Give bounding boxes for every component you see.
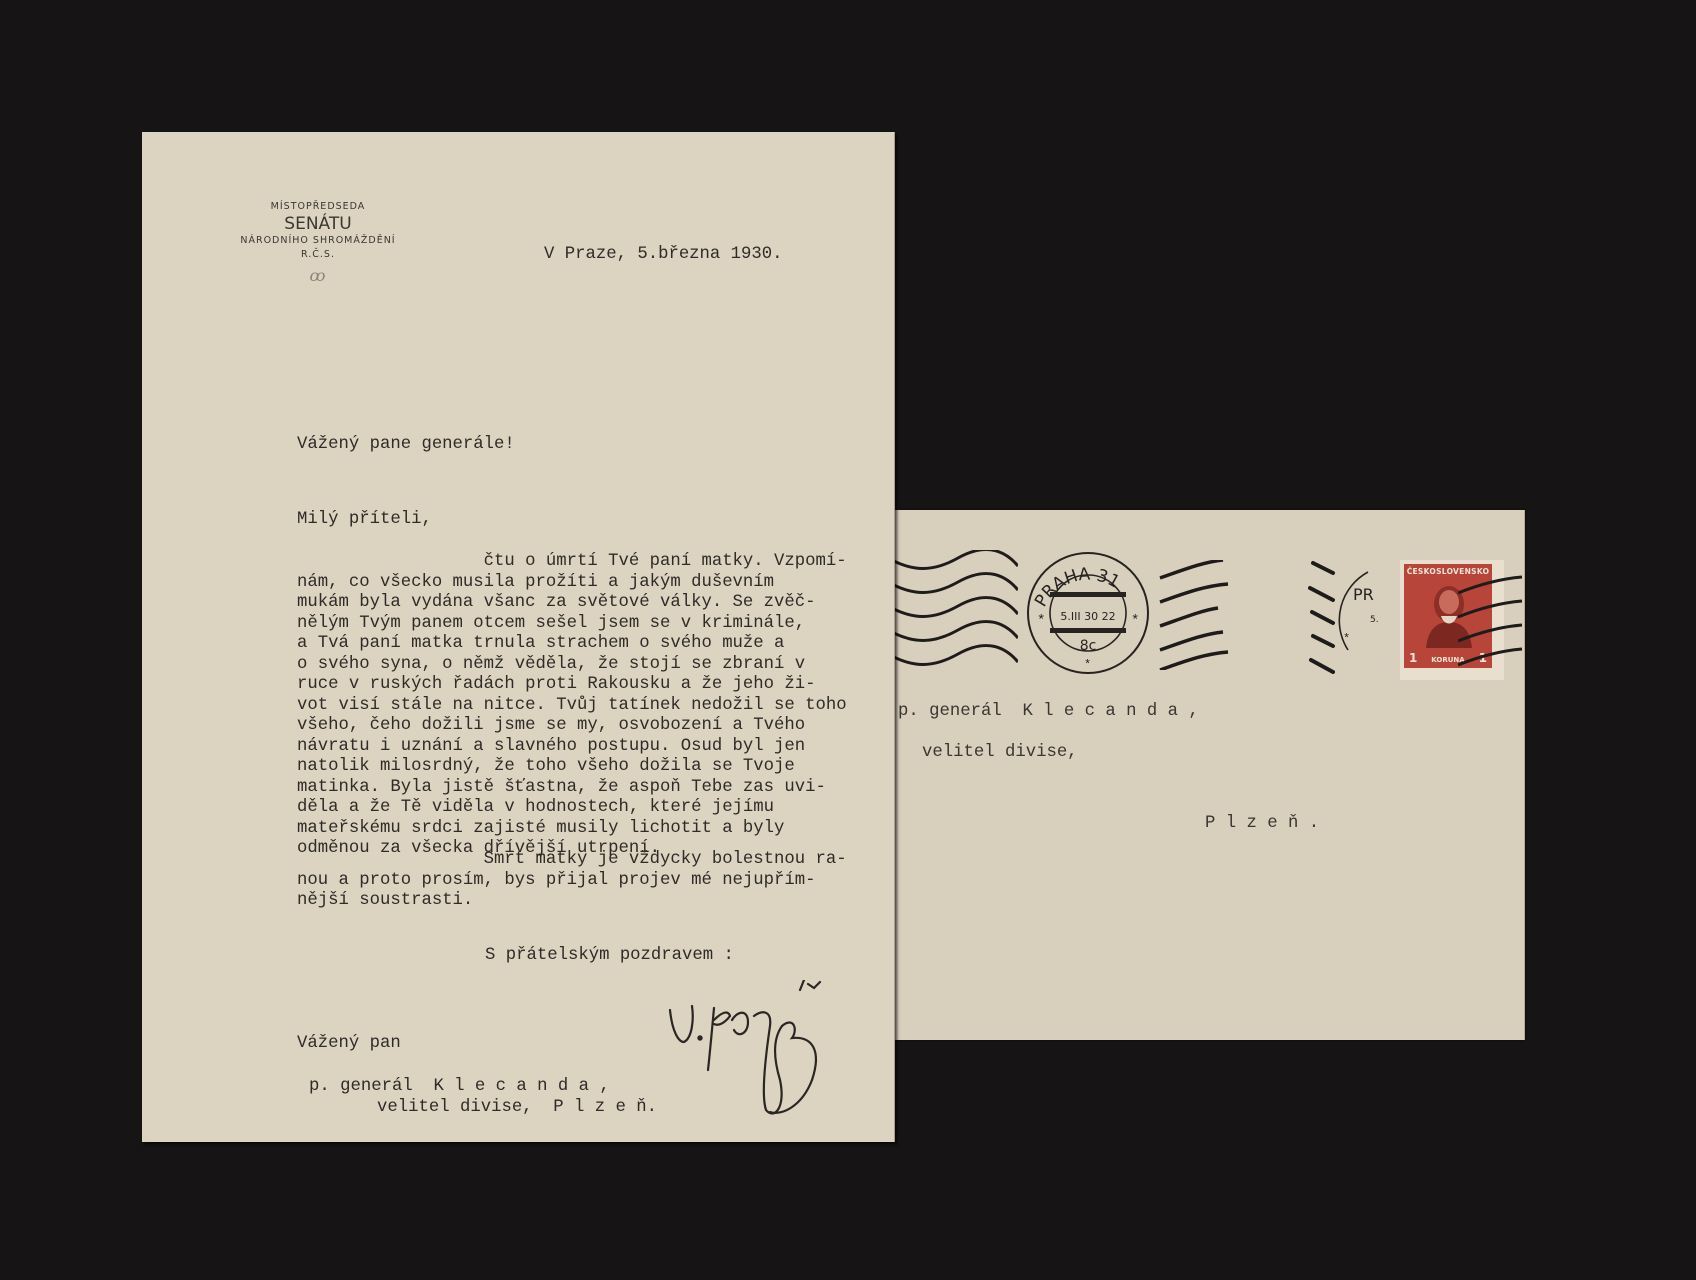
- letter-address-line-3: velitel divise, P l z e ň.: [377, 1098, 657, 1119]
- letter-body-paragraph-2: Smrt matky je vždycky bolestnou ra- nou …: [297, 850, 847, 912]
- envelope: PRAHA 31 5.III 30 22 8c * * * PR 5. *: [888, 510, 1525, 1040]
- letter-salutation: Vážený pane generále!: [297, 435, 515, 456]
- monogram-icon: ꝏ: [208, 266, 428, 285]
- letterhead-assembly: NÁRODNÍHO SHROMÁŽDĚNÍ: [208, 234, 428, 248]
- svg-text:5.: 5.: [1370, 615, 1379, 625]
- letter-body-paragraph-1: čtu o úmrtí Tvé paní matky. Vzpomí- nám,…: [297, 552, 847, 860]
- letter-address-line-2: p. generál K l e c a n d a ,: [309, 1077, 610, 1098]
- letter-sheet: MÍSTOPŘEDSEDA SENÁTU NÁRODNÍHO SHROMÁŽDĚ…: [142, 132, 895, 1142]
- letterhead-country: R.Č.S.: [208, 248, 428, 262]
- letterhead-title: MÍSTOPŘEDSEDA: [208, 200, 428, 214]
- envelope-address-line-1: p. generál K l e c a n d a ,: [898, 702, 1199, 722]
- wavy-cancellation-icon: [888, 550, 1018, 670]
- letterhead-senate: SENÁTU: [208, 214, 428, 234]
- envelope-address-line-2: velitel divise,: [922, 743, 1078, 763]
- svg-text:8c: 8c: [1080, 638, 1097, 654]
- envelope-address-city: P l z e ň .: [1205, 814, 1319, 834]
- svg-text:*: *: [1037, 613, 1045, 629]
- svg-text:*: *: [1131, 613, 1139, 629]
- letter-greeting: Milý příteli,: [297, 510, 432, 531]
- svg-text:*: *: [1084, 658, 1091, 672]
- wavy-cancellation-icon: [1458, 575, 1524, 685]
- letter-date: V Praze, 5.března 1930.: [544, 245, 783, 266]
- svg-text:PR: PR: [1353, 585, 1374, 604]
- svg-text:5.III 30 22: 5.III 30 22: [1060, 610, 1115, 623]
- svg-text:*: *: [1343, 632, 1350, 646]
- handwritten-signature-icon: [662, 980, 892, 1120]
- postmark-partial-icon: PR 5. *: [1308, 560, 1403, 680]
- letterhead: MÍSTOPŘEDSEDA SENÁTU NÁRODNÍHO SHROMÁŽDĚ…: [208, 200, 428, 285]
- letter-address-line-1: Vážený pan: [297, 1034, 401, 1055]
- letter-closing: S přátelským pozdravem :: [485, 946, 734, 967]
- postmark-praha-icon: PRAHA 31 5.III 30 22 8c * * *: [1023, 548, 1153, 678]
- wavy-cancellation-icon: [1158, 560, 1233, 670]
